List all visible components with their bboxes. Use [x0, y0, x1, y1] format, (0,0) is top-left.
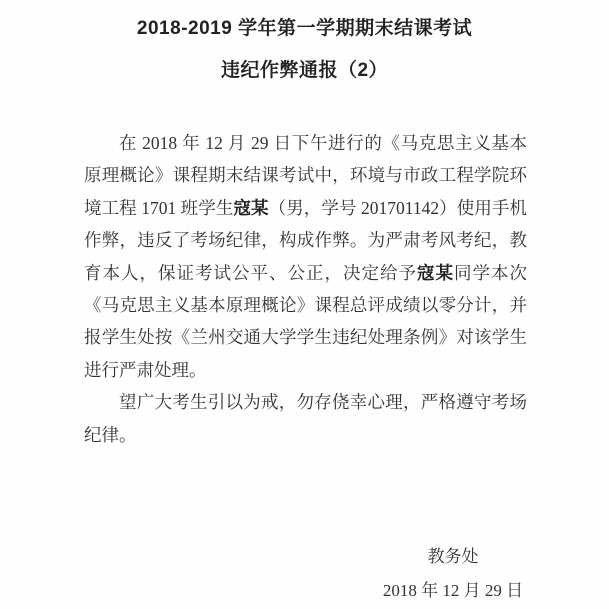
signature-block: 教务处 2018 年 12 月 29 日: [340, 540, 566, 608]
signature-department: 教务处: [340, 540, 566, 574]
document-title-line2: 违纪作弊通报（2）: [0, 55, 609, 82]
signature-date: 2018 年 12 月 29 日: [340, 574, 566, 608]
document-page: 2018-2019 学年第一学期期末结课考试 违纪作弊通报（2） 在 2018 …: [0, 0, 609, 609]
student-name: 寇某: [417, 263, 454, 283]
document-title-line1: 2018-2019 学年第一学期期末结课考试: [0, 0, 609, 40]
student-name: 寇某: [233, 198, 268, 218]
notice-paragraph-1: 在 2018 年 12 月 29 日下午进行的《马克思主义基本原理概论》课程期末…: [84, 127, 527, 386]
notice-body: 在 2018 年 12 月 29 日下午进行的《马克思主义基本原理概论》课程期末…: [84, 127, 527, 451]
notice-paragraph-2: 望广大考生引以为戒，勿存侥幸心理，严格遵守考场纪律。: [84, 386, 527, 451]
